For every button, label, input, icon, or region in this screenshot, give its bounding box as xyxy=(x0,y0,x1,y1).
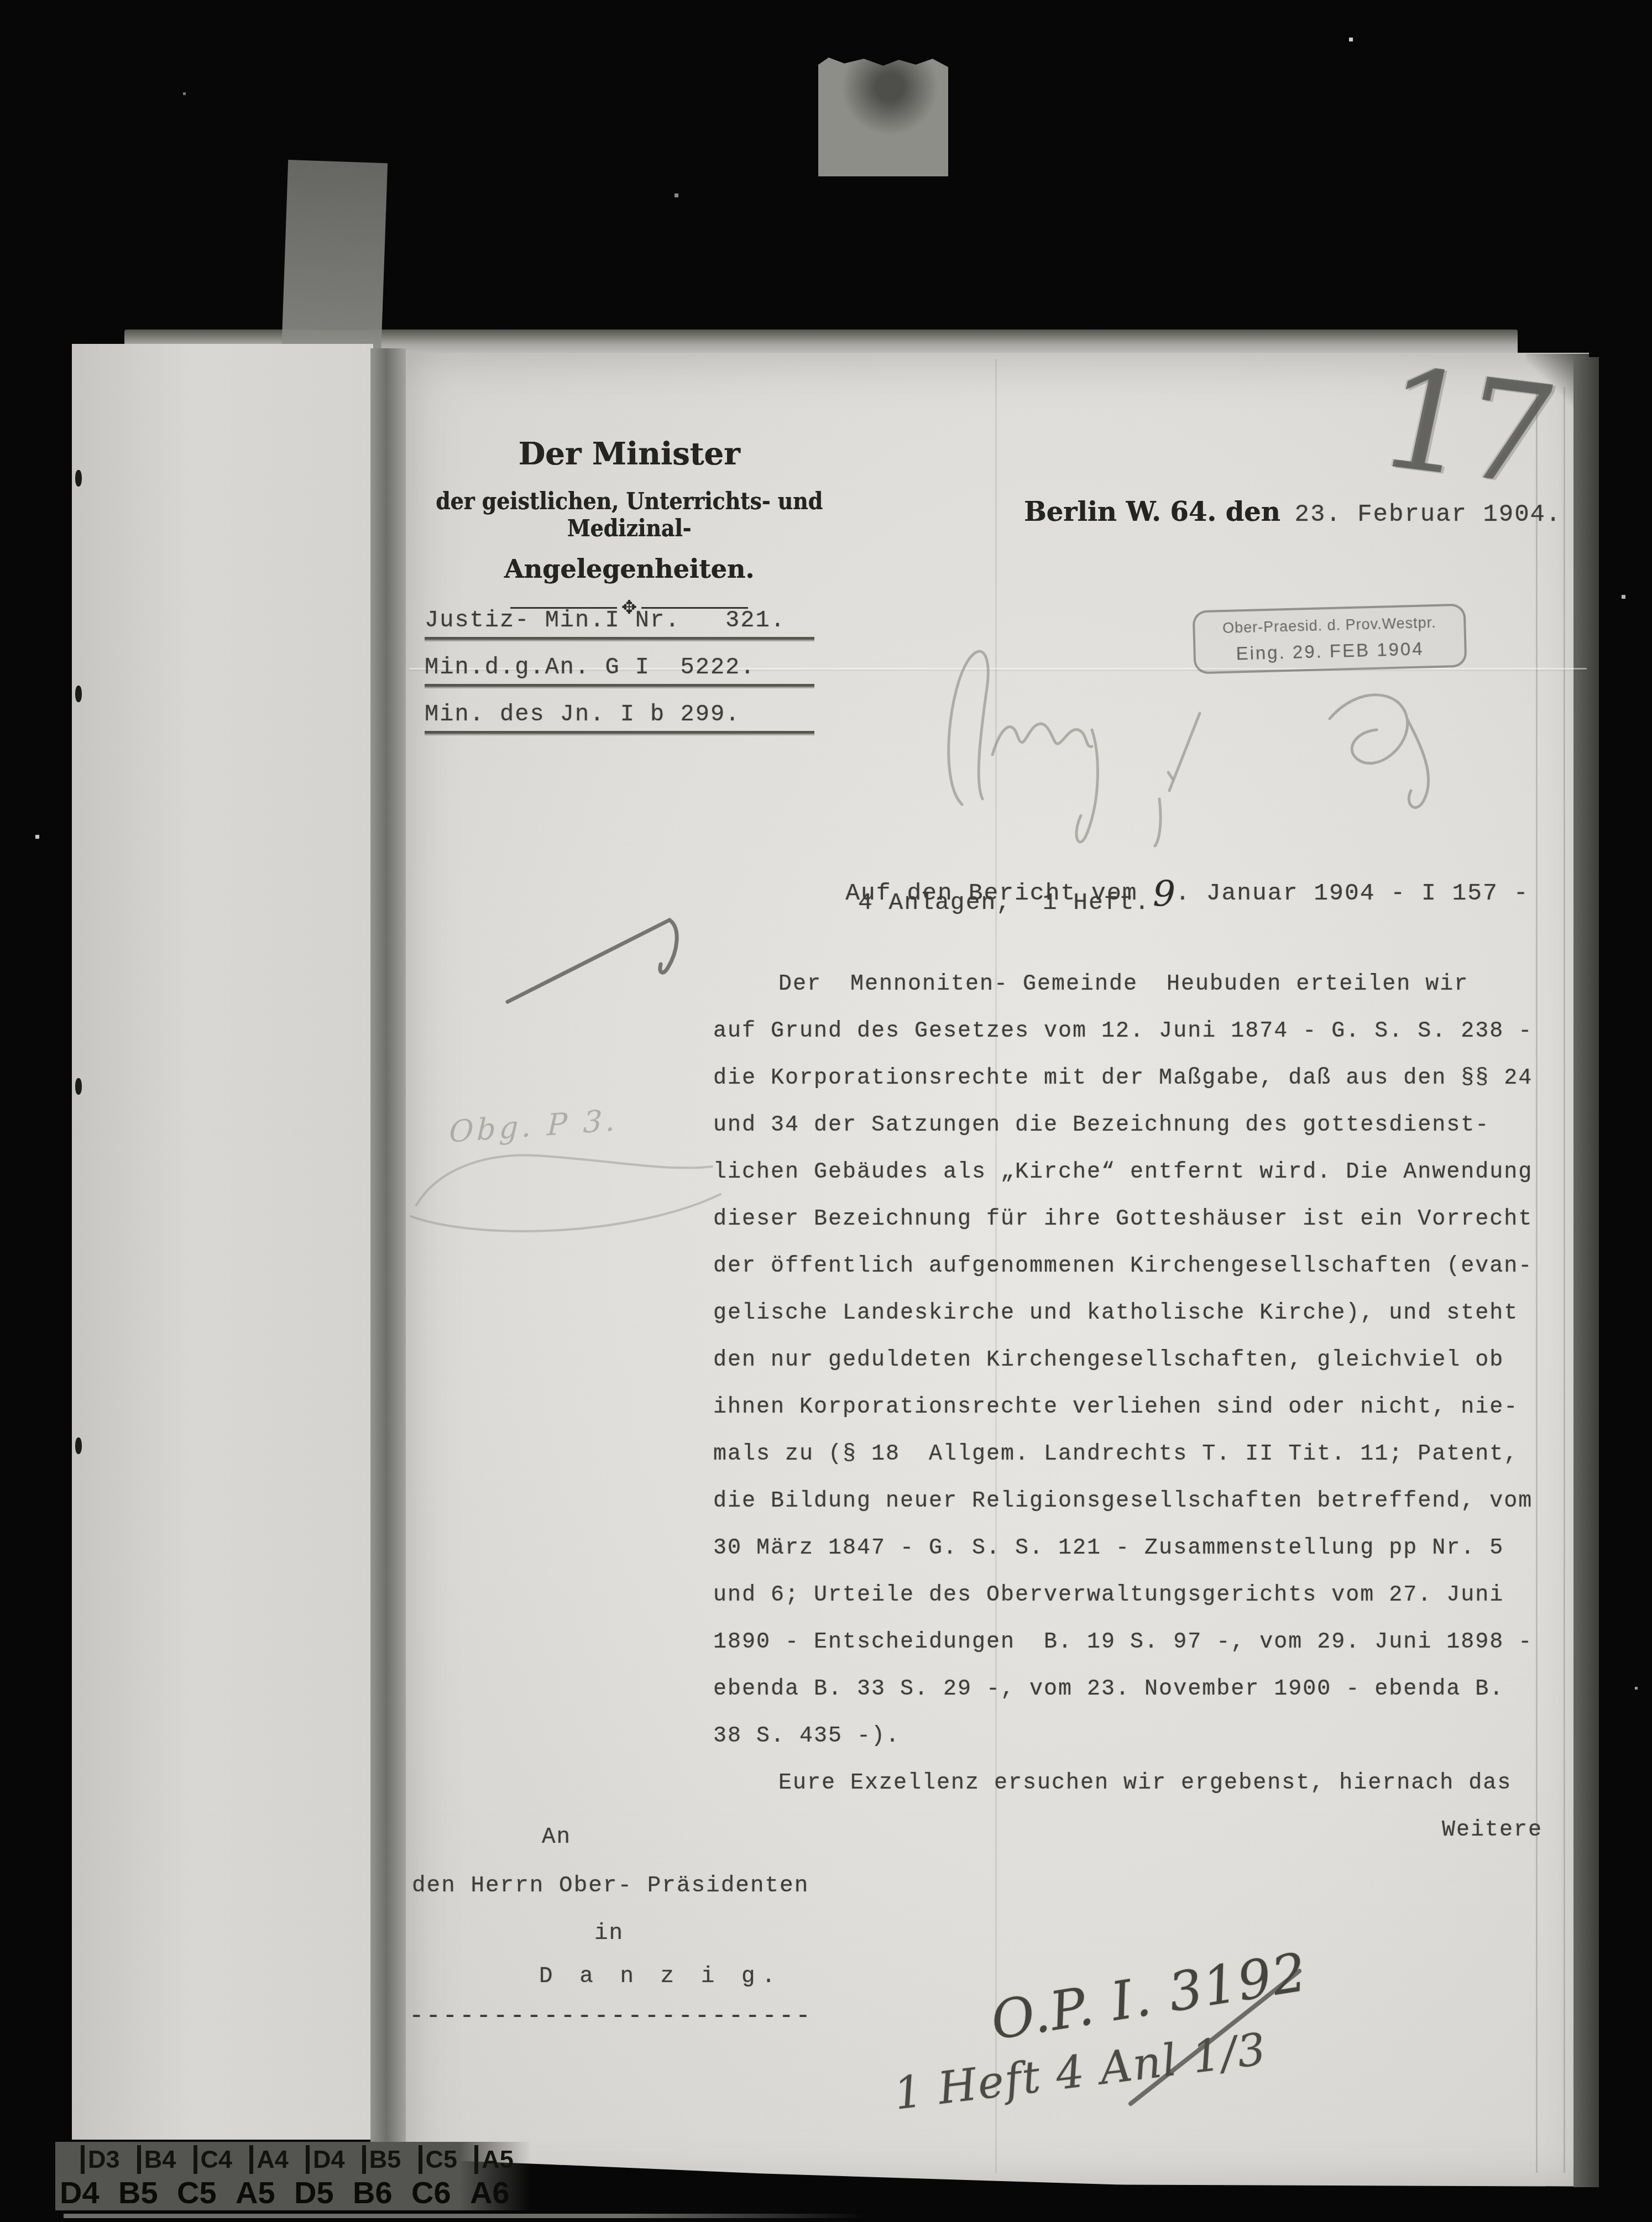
binding-mark xyxy=(75,686,82,702)
test-chart-row-2: D4B5C5A5D5B6C6A6 xyxy=(60,2176,531,2209)
reference-block: Justiz- Min.I Nr. 321.Min.d.g.An. G I 52… xyxy=(425,607,814,748)
resolution-test-card: D3B4C4A4D4B5C5A5 D4B5C5A5D5B6C6A6 xyxy=(55,2142,531,2210)
body-line: Eure Exzellenz ersuchen wir ergebenst, h… xyxy=(713,1760,1565,1807)
address-recipient: den Herrn Ober- Präsidenten xyxy=(412,1873,809,1899)
report-reference: Auf den Bericht vom 9. Januar 1904 - I 1… xyxy=(784,840,1529,935)
body-line: Der Mennoniten- Gemeinde Heubuden erteil… xyxy=(713,961,1565,1008)
report-suffix: . Januar 1904 - I 157 - xyxy=(1175,880,1529,907)
letter-body: Der Mennoniten- Gemeinde Heubuden erteil… xyxy=(713,961,1565,1807)
letterhead-line-3: Angelegenheiten. xyxy=(408,554,850,584)
test-chart-label: B4 xyxy=(137,2145,194,2174)
closing-word: Weitere xyxy=(713,1807,1565,1854)
pencil-check-squiggle xyxy=(1305,672,1471,815)
binding-mark xyxy=(75,470,82,487)
body-line: und 6; Urteile des Oberverwaltungsgerich… xyxy=(713,1572,1565,1619)
receipt-stamp: Ober-Praesid. d. Prov.Westpr. Eing. 29. … xyxy=(1193,604,1467,675)
pencil-initials-scribble xyxy=(909,616,1197,849)
body-line: auf Grund des Gesetzes vom 12. Juni 1874… xyxy=(713,1008,1565,1055)
address-dashed-rule: ------------------------ xyxy=(409,2003,813,2030)
body-line: den nur geduldeten Kirchengesellschaften… xyxy=(713,1337,1565,1384)
test-chart-label: A5 xyxy=(474,2145,531,2174)
body-line: 38 S. 435 -). xyxy=(713,1713,1565,1760)
stamp-office: Ober-Praesid. d. Prov.Westpr. xyxy=(1199,614,1460,637)
test-chart-label: A4 xyxy=(249,2145,306,2174)
reference-line: Min.d.g.An. G I 5222. xyxy=(425,654,814,687)
body-line: dieser Bezeichnung für ihre Gotteshäuser… xyxy=(713,1196,1565,1243)
body-line: die Bildung neuer Religionsgesellschafte… xyxy=(713,1478,1565,1525)
reference-line: Min. des Jn. I b 299. xyxy=(425,701,814,734)
test-chart-label: A5 xyxy=(236,2176,294,2209)
address-city: D a n z i g. xyxy=(539,1964,782,1989)
test-chart-label: D4 xyxy=(60,2176,118,2209)
tape-patch xyxy=(818,57,948,176)
binding-mark xyxy=(75,1078,82,1095)
reference-line: Justiz- Min.I Nr. 321. xyxy=(425,607,814,640)
body-line: gelische Landeskirche und katholische Ki… xyxy=(713,1290,1565,1337)
body-line: 1890 - Entscheidungen B. 19 S. 97 -, vom… xyxy=(713,1619,1565,1666)
test-chart-label: B6 xyxy=(353,2176,411,2209)
facing-page xyxy=(72,344,373,2140)
handwritten-day: 9 xyxy=(1153,874,1175,915)
test-chart-label: C4 xyxy=(194,2145,250,2174)
binding-mark xyxy=(75,1437,82,1454)
test-chart-label: D3 xyxy=(81,2145,137,2174)
dateline-place: Berlin W. 64. den xyxy=(1024,496,1280,527)
address-an: An xyxy=(542,1824,571,1850)
binding-gutter xyxy=(370,348,406,2151)
body-line: ebenda B. 33 S. 29 -, vom 23. November 1… xyxy=(713,1666,1565,1713)
body-line: der öffentlich aufgenommenen Kirchengese… xyxy=(713,1243,1565,1290)
test-chart-label: B5 xyxy=(118,2176,177,2209)
dust-specks xyxy=(0,0,2,2)
test-chart-row-1: D3B4C4A4D4B5C5A5 xyxy=(81,2145,531,2174)
document-photo: Der Minister der geistlichen, Unterricht… xyxy=(0,0,1652,2222)
tape-patch xyxy=(281,160,388,359)
closing-word-row: Weitere xyxy=(713,1807,1565,1854)
right-fore-edge xyxy=(1573,357,1599,2187)
test-chart-label: C5 xyxy=(419,2145,475,2174)
test-chart-label: B5 xyxy=(362,2145,419,2174)
test-chart-label: D5 xyxy=(294,2176,353,2209)
film-edge-line xyxy=(64,2214,865,2218)
margin-note-flourish xyxy=(402,1122,734,1249)
test-chart-label: C6 xyxy=(411,2176,470,2209)
body-line: ihnen Korporationsrechte verliehen sind … xyxy=(713,1384,1565,1431)
ink-slash-mark xyxy=(494,891,704,1018)
letterhead-line-2: der geistlichen, Unterrichts- und Medizi… xyxy=(430,488,828,542)
body-line: mals zu (§ 18 Allgem. Landrechts T. II T… xyxy=(713,1431,1565,1478)
folio-number-pencil: 17 xyxy=(1368,349,1561,505)
body-line: die Korporationsrechte mit der Maßgabe, … xyxy=(713,1055,1565,1102)
address-in: in xyxy=(594,1921,624,1946)
body-line: und 34 der Satzungen die Bezeichnung des… xyxy=(713,1102,1565,1149)
test-chart-label: A6 xyxy=(470,2176,529,2209)
test-chart-label: C5 xyxy=(177,2176,236,2209)
ministry-letterhead: Der Minister der geistlichen, Unterricht… xyxy=(408,436,850,617)
enclosures-line: 4 Anlagen, 1 Heft. xyxy=(858,889,1150,916)
test-chart-label: D4 xyxy=(306,2145,362,2174)
letterhead-line-1: Der Minister xyxy=(408,436,850,472)
stamp-date: Eing. 29. FEB 1904 xyxy=(1200,637,1460,665)
body-line: 30 März 1847 - G. S. S. 121 - Zusammenst… xyxy=(713,1525,1565,1572)
body-line: lichen Gebäudes als „Kirche“ entfernt wi… xyxy=(713,1149,1565,1196)
